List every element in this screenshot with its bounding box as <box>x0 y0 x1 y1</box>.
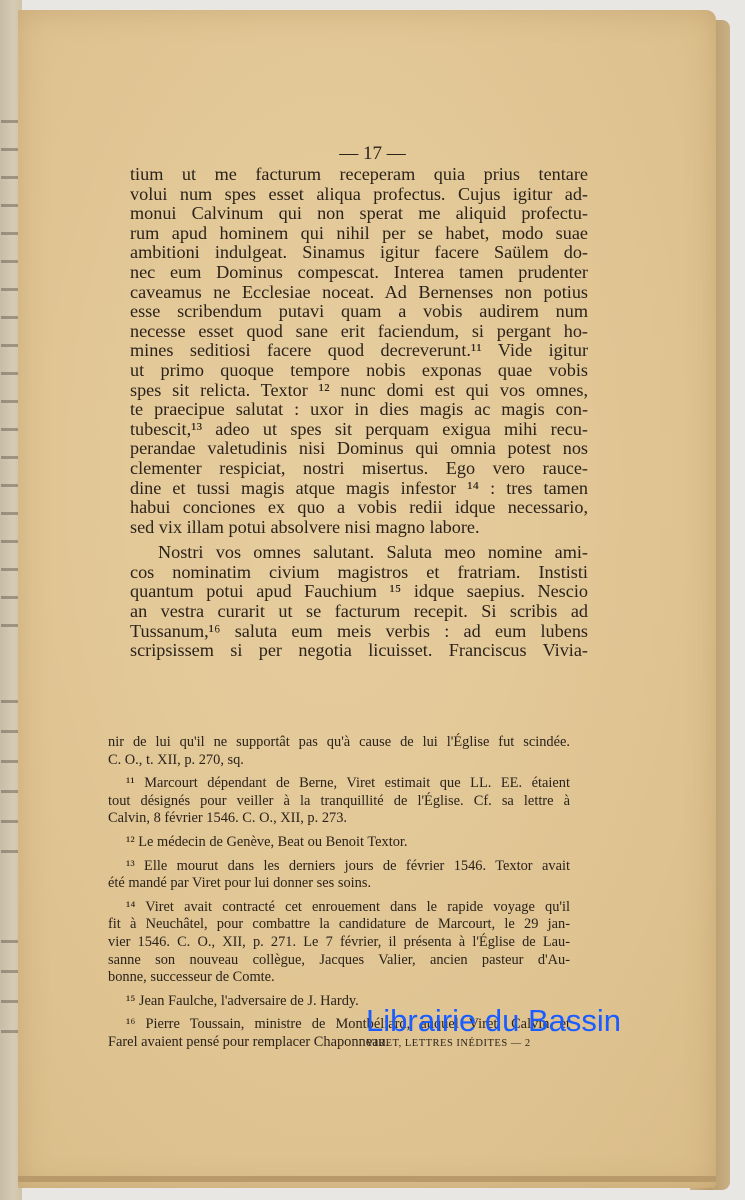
footnote-line: nir de lui qu'il ne supportât pas qu'à c… <box>108 734 570 752</box>
footnote-line: bonne, successeur de Comte. <box>108 969 570 987</box>
text-line: spes sit relicta. Textor ¹² nunc domi es… <box>130 381 588 401</box>
text-line: quantum potui apud Fauchium ¹⁵ idque sae… <box>130 582 588 602</box>
text-line: esse scribendum putavi quam a vobis audi… <box>130 302 588 322</box>
footnote-13: ¹³ Elle mourut dans les derniers jours d… <box>108 858 570 893</box>
text-line: monui Calvinum qui non sperat me aliquid… <box>130 204 588 224</box>
text-line: Tussanum,¹⁶ saluta eum meis verbis : ad … <box>130 622 588 642</box>
footnote-14: ¹⁴ Viret avait contracté cet enrouement … <box>108 899 570 987</box>
text-line: rum apud hominem qui nihil per se habet,… <box>130 224 588 244</box>
page-torn-edge <box>18 1176 716 1182</box>
text-line: volui num spes esset aliqua profectus. C… <box>130 185 588 205</box>
footnote-12: ¹² Le médecin de Genève, Beat ou Benoit … <box>108 834 570 852</box>
signature-line: VIRET, LETTRES INÉDITES — 2 <box>366 1038 531 1049</box>
text-line: an vestra curarit ut se facturum recepit… <box>130 602 588 622</box>
paragraph-2: Nostri vos omnes salutant. Saluta meo no… <box>130 543 588 661</box>
text-line: caveamus ne Ecclesiae noceat. Ad Bernens… <box>130 283 588 303</box>
paragraph-1: tium ut me facturum receperam quia prius… <box>130 165 588 537</box>
page-number: — 17 — <box>0 143 745 165</box>
text-line: te praecipue salutat : uxor in dies magi… <box>130 400 588 420</box>
text-line: habui conciones ex quo a vobis redii idq… <box>130 498 588 518</box>
text-line: scripsissem si per negotia licuisset. Fr… <box>130 641 588 661</box>
footnote-line: C. O., t. XII, p. 270, sq. <box>108 752 570 770</box>
text-line: sed vix illam potui absolvere nisi magno… <box>130 518 588 538</box>
footnote-line: fit à Neuchâtel, pour combattre la candi… <box>108 916 570 934</box>
text-line: dine et tussi magis atque magis infestor… <box>130 479 588 499</box>
footnote-continued: nir de lui qu'il ne supportât pas qu'à c… <box>108 734 570 769</box>
text-line: nec eum Dominus compescat. Interea tamen… <box>130 263 588 283</box>
text-line: cos nominatim civium magistros et fratri… <box>130 563 588 583</box>
footnote-line: ¹³ Elle mourut dans les derniers jours d… <box>108 858 570 876</box>
footnote-line: ¹² Le médecin de Genève, Beat ou Benoit … <box>108 834 570 852</box>
footnote-line: sanne son nouveau collègue, Jacques Vali… <box>108 952 570 970</box>
text-line: ut primo quoque tempore nobis exponas qu… <box>130 361 588 381</box>
text-line: clementer respiciat, nostri misertus. Eg… <box>130 459 588 479</box>
text-line: perandae valetudinis nisi Dominus qui om… <box>130 439 588 459</box>
footnote-line: tout désignés pour veiller à la tranquil… <box>108 793 570 811</box>
watermark-text: Librairie du Bassin <box>366 1003 621 1039</box>
footnote-line: ¹⁴ Viret avait contracté cet enrouement … <box>108 899 570 917</box>
footnote-line: Calvin, 8 février 1546. C. O., XII, p. 2… <box>108 810 570 828</box>
text-line: necesse esset quod sane erit faciendum, … <box>130 322 588 342</box>
text-line: Nostri vos omnes salutant. Saluta meo no… <box>130 543 588 563</box>
main-text: tium ut me facturum receperam quia prius… <box>130 165 588 661</box>
text-line: tium ut me facturum receperam quia prius… <box>130 165 588 185</box>
footnote-11: ¹¹ Marcourt dépendant de Berne, Viret es… <box>108 775 570 828</box>
text-line: mines seditiosi facere quod decreverunt.… <box>130 341 588 361</box>
text-line: ambitioni indulgeat. Sinamus igitur face… <box>130 243 588 263</box>
footnote-line: ¹¹ Marcourt dépendant de Berne, Viret es… <box>108 775 570 793</box>
footnote-line: vier 1546. C. O., XII, p. 271. Le 7 févr… <box>108 934 570 952</box>
footnote-line: été mandé par Viret pour lui donner ses … <box>108 875 570 893</box>
text-line: tubescit,¹³ adeo ut spes sit perquam exi… <box>130 420 588 440</box>
